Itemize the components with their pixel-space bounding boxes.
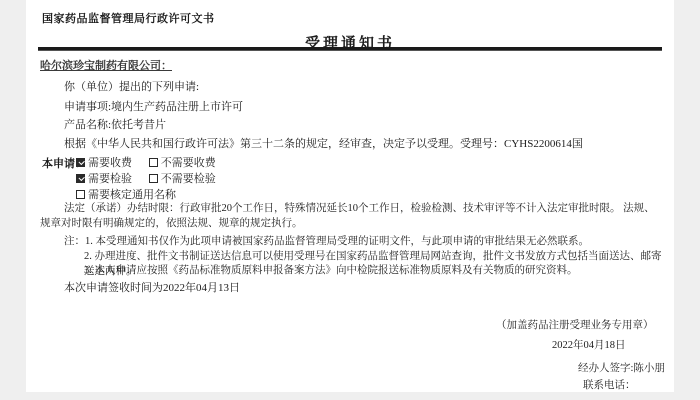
title-divider (38, 47, 662, 51)
checkbox-icon (76, 158, 85, 167)
document-sheet: 国家药品监督管理局行政许可文书 受理通知书 哈尔滨珍宝制药有限公司： 你（单位）… (26, 0, 674, 392)
intro-line: 你（单位）提出的下列申请: (64, 78, 199, 94)
checkbox-icon (149, 158, 158, 167)
handler-signature: 经办人签字:陈小朋 (578, 360, 665, 375)
checkbox-icon (76, 174, 85, 183)
checkbox-generic-name-verification: 需要核定通用名称 (76, 186, 176, 202)
acceptance-decision-line: 根据《中华人民共和国行政许可法》第三十二条的规定，经审查，决定予以受理。受理号：… (64, 135, 583, 151)
checkbox-label: 不需要检验 (161, 173, 216, 185)
checkbox-label: 不需要收费 (161, 157, 216, 169)
note-1: 注：1. 本受理通知书仅作为此项申请被国家药品监督管理局受理的证明文件，与此项申… (64, 234, 664, 249)
checkbox-fee-required: 需要收费 (76, 154, 132, 170)
contact-phone-label: 联系电话： (583, 377, 636, 392)
note-3: 3. 本人申请应按照《药品标准物质原料申报备案方法》向中检院报送标准物质原料及有… (84, 263, 664, 278)
application-sign-time: 本次申请签收时间为2022年04月13日 (64, 279, 240, 295)
product-name-line: 产品名称:依托考昔片 (64, 116, 166, 132)
document-type-header: 国家药品监督管理局行政许可文书 (42, 10, 215, 26)
checkbox-row-fee: 需要收费 不需要收费 (76, 154, 230, 170)
checkbox-icon (149, 174, 158, 183)
checkbox-icon (76, 190, 85, 199)
checkbox-row-generic-name: 需要核定通用名称 (76, 186, 190, 202)
issue-date: 2022年04月18日 (552, 337, 626, 352)
recipient-company-name: 哈尔滨珍宝制药有限公司： (40, 57, 172, 73)
statutory-time-limit-paragraph: 法定（承诺）办结时限：行政审批20个工作日，特殊情况延长10个工作日，检验检测、… (40, 201, 662, 231)
document-viewport: 国家药品监督管理局行政许可文书 受理通知书 哈尔滨珍宝制药有限公司： 你（单位）… (0, 0, 700, 400)
checkbox-inspection-required: 需要检验 (76, 170, 132, 186)
checkbox-label: 需要收费 (88, 157, 132, 169)
official-seal-note: （加盖药品注册受理业务专用章） (496, 317, 654, 332)
checkbox-inspection-not-required: 不需要检验 (149, 170, 216, 186)
checkbox-label: 需要检验 (88, 173, 132, 185)
checkbox-label: 需要核定通用名称 (88, 189, 176, 201)
checkbox-fee-not-required: 不需要收费 (149, 154, 216, 170)
checkbox-row-inspection: 需要检验 不需要检验 (76, 170, 230, 186)
application-item-line: 申请事项:境内生产药品注册上市许可 (64, 98, 243, 114)
